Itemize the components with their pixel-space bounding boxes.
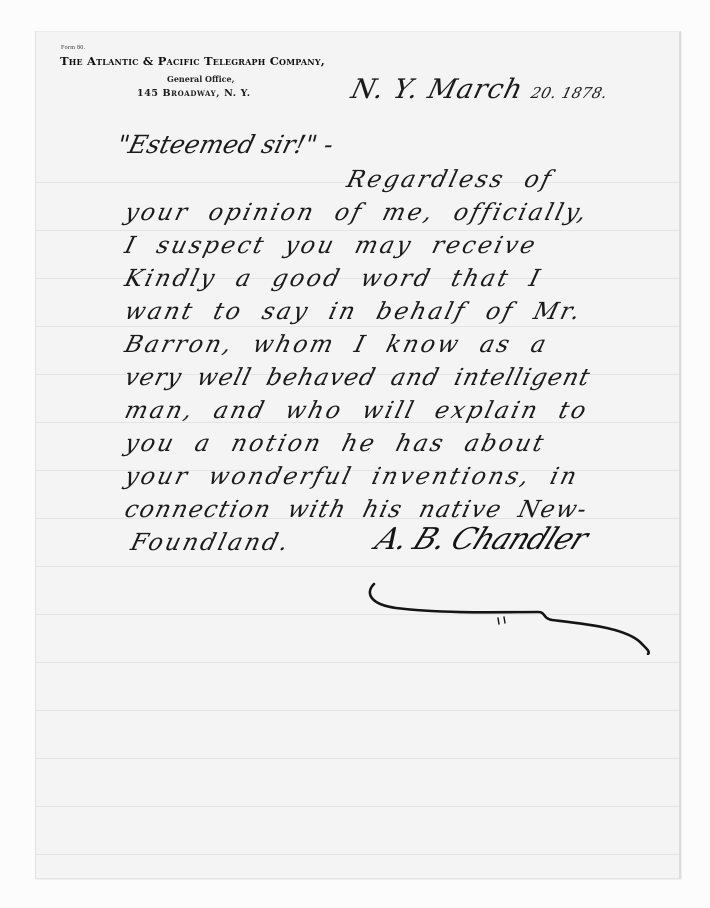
ruled-line — [36, 854, 679, 855]
form-number: Form 80. — [61, 45, 85, 51]
ruled-line — [36, 806, 679, 807]
body-line: your opinion of me, officially, — [122, 198, 592, 226]
dateline: N. Y. March 20. 1878. — [348, 74, 612, 105]
letter-page: Form 80. The Atlantic & Pacific Telegrap… — [35, 31, 681, 879]
body-line: very well behaved and intelligent — [122, 363, 594, 391]
body-line: your wonderful inventions, in — [122, 462, 582, 490]
ruled-line — [36, 662, 679, 663]
body-line: you a notion he has about — [122, 429, 549, 457]
body-line: want to say in behalf of Mr. — [122, 297, 585, 325]
ruled-line — [36, 326, 679, 327]
body-line: Regardless of — [344, 165, 556, 193]
signature-flourish-icon — [366, 580, 656, 655]
dateline-place-month: N. Y. March — [348, 74, 536, 105]
body-line: connection with his native New- — [122, 495, 591, 523]
body-line: Barron, whom I know as a — [122, 330, 552, 358]
body-line: I suspect you may receive — [122, 231, 540, 259]
scanned-document: Form 80. The Atlantic & Pacific Telegrap… — [0, 0, 710, 908]
body-line: man, and who will explain to — [122, 396, 591, 424]
ruled-line — [36, 710, 679, 711]
dateline-day-year: 20. 1878. — [529, 84, 610, 102]
salutation: "Esteemed sir!" - — [114, 130, 337, 159]
company-name: The Atlantic & Pacific Telegraph Company… — [60, 54, 325, 68]
company-address: 145 Broadway, N. Y. — [137, 88, 251, 99]
ruled-line — [36, 566, 679, 567]
ruled-line — [36, 758, 679, 759]
signature: A. B. Chandler — [370, 522, 592, 557]
body-line: Foundland. — [128, 528, 294, 556]
body-line: Kindly a good word that I — [122, 264, 545, 292]
office-label: General Office, — [167, 74, 234, 84]
